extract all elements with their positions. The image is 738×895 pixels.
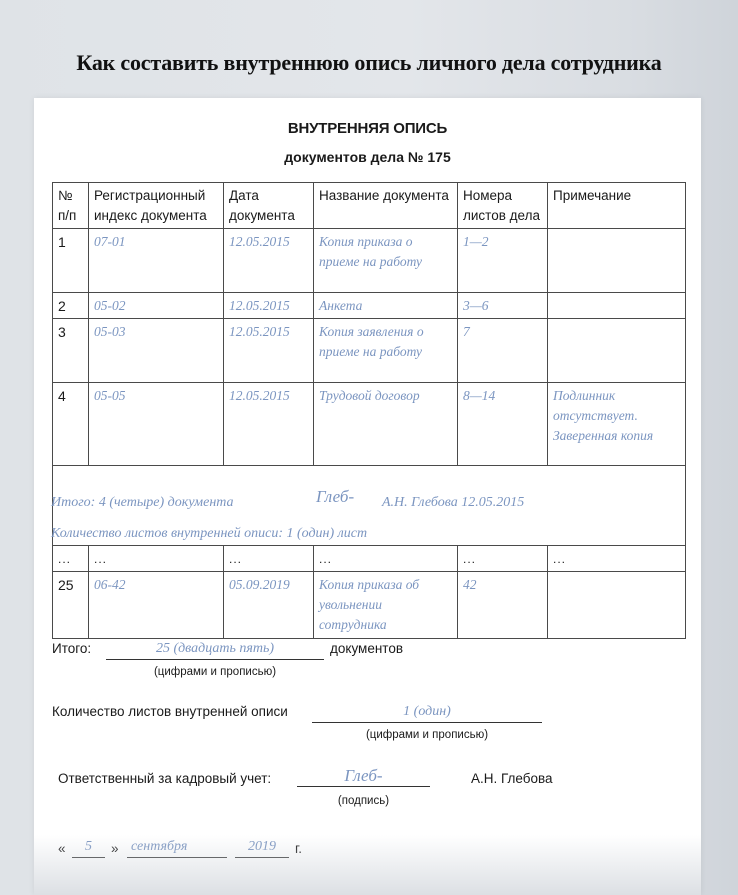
total-value-field: 25 (двадцать пять)	[106, 639, 324, 660]
document-title: ВНУТРЕННЯЯ ОПИСЬ	[34, 120, 701, 137]
ellipsis-cell: ...	[53, 546, 89, 572]
signature-icon: Глеб-	[316, 487, 354, 507]
cell-name: Копия заявления о приеме на работу	[314, 319, 458, 383]
cell-index: 05-03	[89, 319, 224, 383]
ellipsis-cell: ...	[548, 546, 686, 572]
cell-note: Подлинник отсутствует. Заверенная копия	[548, 383, 686, 466]
cell-note	[548, 293, 686, 319]
cell-date: 12.05.2015	[224, 319, 314, 383]
date-day-field: 5	[72, 837, 105, 858]
header-index: Регистрационный индекс документа	[89, 183, 224, 229]
cell-name: Анкета	[314, 293, 458, 319]
date-suffix: г.	[295, 841, 302, 856]
table-row: 3 05-03 12.05.2015 Копия заявления о при…	[53, 319, 686, 383]
total-label: Итого:	[52, 641, 91, 656]
cell-note	[548, 572, 686, 639]
header-date: Дата документа	[224, 183, 314, 229]
total-suffix: документов	[330, 641, 403, 656]
ellipsis-cell: ...	[314, 546, 458, 572]
cell-no: 4	[53, 383, 89, 466]
interim-summary-row: Итого: 4 (четыре) документа Глеб- А.Н. Г…	[53, 466, 686, 546]
table-row: 25 06-42 05.09.2019 Копия приказа об уво…	[53, 572, 686, 639]
cell-no: 1	[53, 229, 89, 293]
interim-signer: А.Н. Глебова 12.05.2015	[382, 493, 524, 513]
cell-index: 06-42	[89, 572, 224, 639]
document-sheet: ВНУТРЕННЯЯ ОПИСЬ документов дела № 175 №…	[34, 98, 701, 895]
cell-no: 25	[53, 572, 89, 639]
date-open-quote: «	[58, 841, 66, 856]
sheets-label: Количество листов внутренней описи	[52, 704, 288, 719]
cell-note	[548, 319, 686, 383]
interim-summary-cell: Итого: 4 (четыре) документа Глеб- А.Н. Г…	[53, 466, 686, 546]
cell-no: 2	[53, 293, 89, 319]
header-note: Примечание	[548, 183, 686, 229]
date-year-field: 2019	[235, 837, 289, 858]
header-name: Название документа	[314, 183, 458, 229]
date-month-field: сентября	[127, 837, 227, 858]
interim-total: Итого: 4 (четыре) документа	[51, 493, 234, 513]
table-header-row: № п/п Регистрационный индекс документа Д…	[53, 183, 686, 229]
date-close-quote: »	[111, 841, 119, 856]
table-row: 2 05-02 12.05.2015 Анкета 3—6	[53, 293, 686, 319]
cell-date: 12.05.2015	[224, 293, 314, 319]
cell-note	[548, 229, 686, 293]
cell-index: 07-01	[89, 229, 224, 293]
signature-caption: (подпись)	[297, 795, 430, 807]
table-row: 4 05-05 12.05.2015 Трудовой договор 8—14…	[53, 383, 686, 466]
ellipsis-cell: ...	[458, 546, 548, 572]
cell-name: Копия приказа об увольнении сотрудника	[314, 572, 458, 639]
ellipsis-row: ... ... ... ... ... ...	[53, 546, 686, 572]
interim-sheets: Количество листов внутренней описи: 1 (о…	[51, 524, 367, 544]
sheets-value-field: 1 (один)	[312, 702, 542, 723]
cell-pages: 7	[458, 319, 548, 383]
cell-index: 05-02	[89, 293, 224, 319]
cell-index: 05-05	[89, 383, 224, 466]
document-subtitle: документов дела № 175	[34, 149, 701, 165]
cell-date: 12.05.2015	[224, 229, 314, 293]
cell-date: 05.09.2019	[224, 572, 314, 639]
cell-no: 3	[53, 319, 89, 383]
total-caption: (цифрами и прописью)	[106, 666, 324, 678]
ellipsis-cell: ...	[89, 546, 224, 572]
cell-name: Трудовой договор	[314, 383, 458, 466]
responsible-name: А.Н. Глебова	[471, 771, 553, 786]
ellipsis-cell: ...	[224, 546, 314, 572]
table-row: 1 07-01 12.05.2015 Копия приказа о прием…	[53, 229, 686, 293]
header-no: № п/п	[53, 183, 89, 229]
header-pages: Номера листов дела	[458, 183, 548, 229]
cell-name: Копия приказа о приеме на работу	[314, 229, 458, 293]
signature-icon: Глеб-	[297, 766, 430, 787]
responsible-label: Ответственный за кадровый учет:	[58, 771, 271, 786]
cell-pages: 3—6	[458, 293, 548, 319]
cell-pages: 8—14	[458, 383, 548, 466]
cell-pages: 1—2	[458, 229, 548, 293]
cell-date: 12.05.2015	[224, 383, 314, 466]
page-heading: Как составить внутреннюю опись личного д…	[0, 50, 738, 76]
inventory-table: № п/п Регистрационный индекс документа Д…	[52, 182, 686, 639]
sheets-caption: (цифрами и прописью)	[312, 729, 542, 741]
cell-pages: 42	[458, 572, 548, 639]
